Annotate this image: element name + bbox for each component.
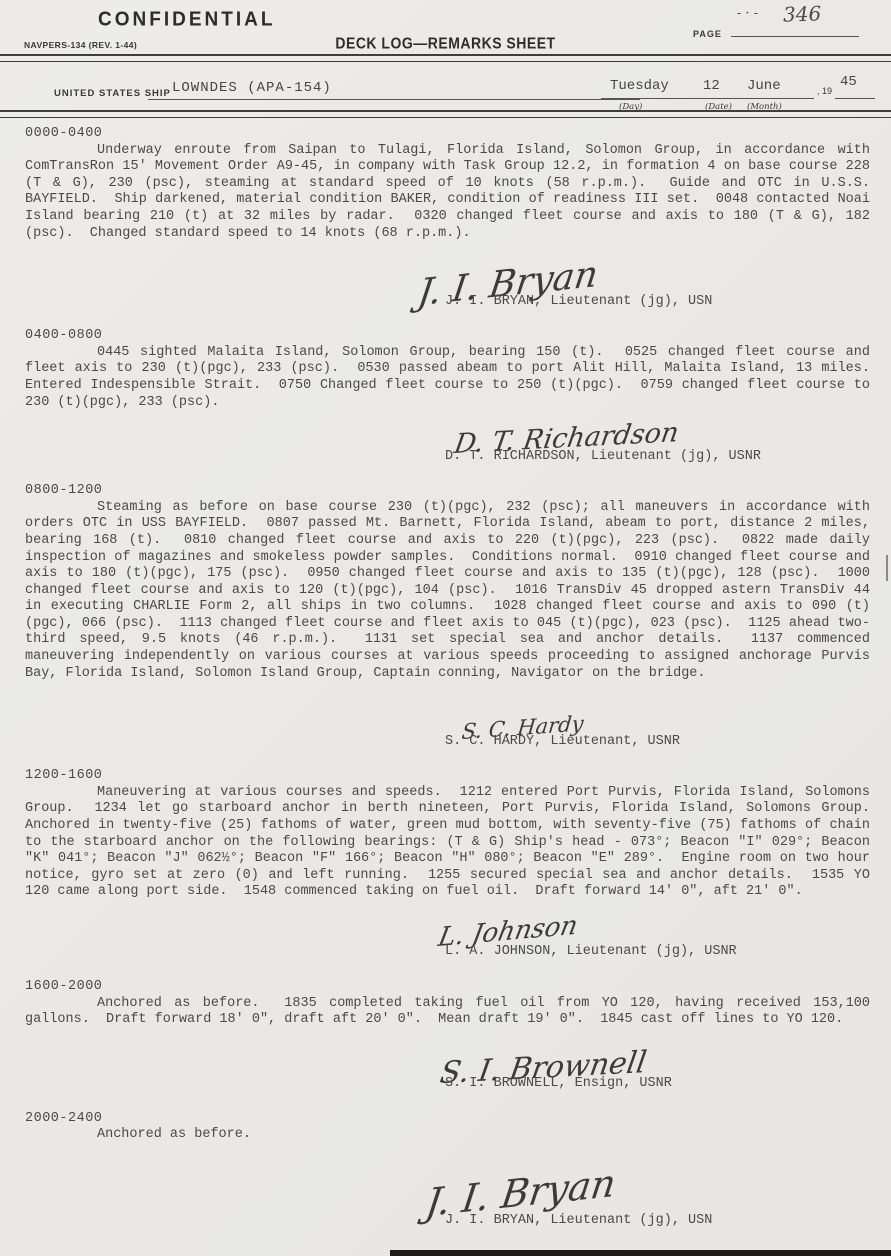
ship-name-blank-line [148,99,640,100]
entry-time-range: 1600-2000 [25,979,870,996]
date-blank-line [601,98,814,99]
entry-time-range: 2000-2400 [25,1111,870,1128]
entry-text: Maneuvering at various courses and speed… [25,785,870,901]
handwritten-signature: L. Johnson [437,918,579,947]
typed-signature: J. I. BRYAN, Lieutenant (jg), USN [445,1213,712,1230]
ship-name: LOWNDES (APA-154) [172,80,332,96]
deck-log-remarks-sheet: CONFIDENTIAL - · - 346 PAGE NAVPERS-134 … [0,0,891,1256]
log-entry-0800-1200: 0800-1200 Steaming as before on base cou… [25,483,870,756]
handwritten-page-marks: - · - [737,6,758,21]
log-entry-1600-2000: 1600-2000 Anchored as before. 1835 compl… [25,979,870,1099]
scan-edge-artifact [886,555,888,581]
classification-stamp: CONFIDENTIAL [98,8,275,31]
date-year: 45 [840,74,857,90]
entry-time-range: 1200-1600 [25,768,870,785]
typed-signature: D. T. RICHARDSON, Lieutenant (jg), USNR [445,449,761,466]
entry-text: Steaming as before on base course 230 (t… [25,500,870,683]
log-entry-1200-1600: 1200-1600 Maneuvering at various courses… [25,768,870,967]
entry-time-range: 0000-0400 [25,126,870,143]
form-header: CONFIDENTIAL - · - 346 PAGE NAVPERS-134 … [0,0,891,122]
signature-block: S. C. Hardy S. C. HARDY, Lieutenant, USN… [445,708,870,756]
handwritten-page-number: 346 [782,1,821,26]
entry-text: Anchored as before. [25,1127,870,1144]
scan-bottom-bar-artifact [390,1250,891,1256]
log-entries: 0000-0400 Underway enroute from Saipan t… [0,120,891,1248]
entry-text: 0445 sighted Malaita Island, Solomon Gro… [25,345,870,411]
typed-signature: S. C. HARDY, Lieutenant, USNR [445,734,680,751]
typed-signature: S. I. BROWNELL, Ensign, USNR [445,1076,672,1093]
date-day: Tuesday [610,78,669,94]
divider-rule-bottom [0,110,891,118]
signature-block: L. Johnson L. A. JOHNSON, Lieutenant (jg… [445,901,870,967]
signature-block: D. T. Richardson D. T. RICHARDSON, Lieut… [445,411,870,471]
date-month: June [747,78,781,94]
date-area: Tuesday 12 June , 19 45 (Day) (Date) (Mo… [595,74,891,114]
signature-block: J. I. Bryan J. I. BRYAN, Lieutenant (jg)… [445,1144,870,1236]
log-entry-2000-2400: 2000-2400 Anchored as before. J. I. Brya… [25,1111,870,1236]
typed-signature: J. I. BRYAN, Lieutenant (jg), USN [445,294,712,311]
entry-text: Underway enroute from Saipan to Tulagi, … [25,143,870,243]
sheet-title: DECK LOG—REMARKS SHEET [0,34,891,52]
signature-block: S. I. Brownell S. I. BROWNELL, Ensign, U… [445,1029,870,1099]
year-blank-line [835,98,875,99]
signature-block: J. I. Bryan J. I. BRYAN, Lieutenant (jg)… [445,242,870,316]
log-entry-0400-0800: 0400-0800 0445 sighted Malaita Island, S… [25,328,870,471]
page-number-area: - · - 346 PAGE [683,4,873,38]
year-prefix: , 19 [817,86,832,96]
ship-label: UNITED STATES SHIP [54,88,171,99]
handwritten-signature: J. I. Bryan [425,1175,617,1212]
typed-signature: L. A. JOHNSON, Lieutenant (jg), USNR [445,944,737,961]
entry-text: Anchored as before. 1835 completed takin… [25,996,870,1029]
log-entry-0000-0400: 0000-0400 Underway enroute from Saipan t… [25,126,870,316]
entry-time-range: 0400-0800 [25,328,870,345]
date-number: 12 [703,78,720,94]
entry-time-range: 0800-1200 [25,483,870,500]
divider-rule-top [0,54,891,62]
